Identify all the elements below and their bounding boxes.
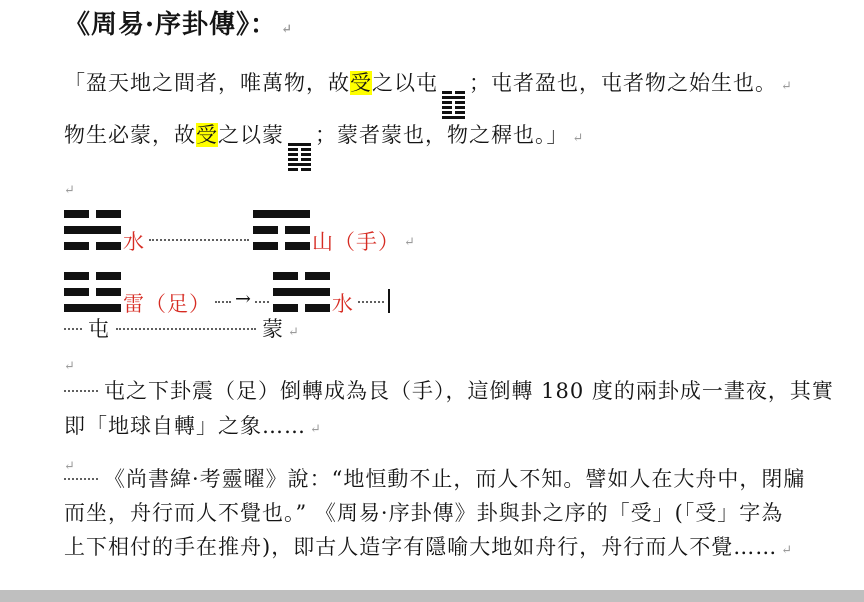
document-page: 《周易·序卦傳》：↵ 「盈天地之間者，唯萬物，故受之以屯；屯者盈也，屯者物之始生…: [0, 0, 864, 602]
kan-trigram: [64, 210, 121, 250]
meng-name: 蒙: [262, 317, 284, 341]
page-title: 《周易·序卦傳》：: [64, 10, 277, 40]
paragraph-mark: ↵: [281, 22, 292, 37]
quote-text: ；屯者盈也，屯者物之始生也。: [469, 71, 777, 95]
highlighted-shou: 受: [196, 123, 218, 147]
dot-leader: [116, 328, 256, 330]
body-text: 上下相付的手在推舟)，即古人造字有隱喻大地如舟行，舟行而人不覺……: [64, 535, 777, 559]
body-text: 屯之下卦震（足）倒轉成為艮（手），這倒轉 180 度的兩卦成一晝夜，其實: [104, 379, 834, 403]
trigram-diagram-row-1: 水 山（手） ↵: [64, 206, 415, 250]
zhen-trigram-label: 雷（足）: [123, 294, 211, 315]
trigram-diagram-row-2: 雷（足） → 水: [64, 268, 390, 312]
paragraph-mark: ↵: [64, 359, 75, 374]
paragraph2-line3: 上下相付的手在推舟)，即古人造字有隱喻大地如舟行，舟行而人不覺……↵: [64, 532, 792, 566]
arrow-right-icon: →: [235, 288, 251, 310]
dot-leader: [149, 239, 249, 241]
quote-text: 之以屯: [372, 71, 438, 95]
paragraph2-line2: 而坐，舟行而人不覺也。” 《周易·序卦傳》卦與卦之序的「受」(「受」字為: [64, 498, 783, 528]
paragraph2-line1: 《尚書緯·考靈曜》說：“地恒動不止，而人不知。譬如人在大舟中，閉牖: [64, 464, 805, 494]
space-dots: [64, 328, 82, 330]
paragraph-mark: ↵: [781, 543, 792, 558]
highlighted-shou: 受: [350, 71, 372, 95]
body-text: 而坐，舟行而人不覺也。” 《周易·序卦傳》卦與卦之序的「受」(「受」字為: [64, 501, 783, 525]
hexagram-name-row: 屯蒙↵: [64, 314, 299, 348]
paragraph-mark: ↵: [404, 235, 415, 250]
body-text: 即「地球自轉」之象……: [64, 414, 306, 438]
text-cursor: [388, 289, 390, 313]
space-dots: [64, 478, 98, 480]
title-line: 《周易·序卦傳》：↵: [64, 8, 292, 47]
quote-line-2: 物生必蒙，故受之以蒙；蒙者蒙也，物之稺也。」↵: [64, 120, 583, 171]
paragraph-mark: ↵: [310, 422, 321, 437]
blank-line: ↵: [64, 172, 75, 206]
quote-text: ；蒙者蒙也，物之稺也。」: [315, 123, 569, 147]
paragraph1-line1: 屯之下卦震（足）倒轉成為艮（手），這倒轉 180 度的兩卦成一晝夜，其實: [64, 376, 834, 406]
paragraph1-line2: 即「地球自轉」之象……↵: [64, 411, 321, 445]
paragraph-mark: ↵: [288, 325, 299, 340]
kan-trigram: [273, 272, 330, 312]
space-dots: [64, 390, 98, 392]
quote-text: 物生必蒙，故: [64, 123, 196, 147]
paragraph-mark: ↵: [64, 183, 75, 198]
gen-trigram-label: 山（手）: [312, 232, 400, 253]
zhun-hexagram-icon: [442, 91, 465, 119]
body-text: 《尚書緯·考靈曜》說：“地恒動不止，而人不知。譬如人在大舟中，閉牖: [104, 467, 805, 491]
quote-text: 之以蒙: [218, 123, 284, 147]
dot-leader: [215, 301, 231, 303]
paragraph-mark: ↵: [781, 79, 792, 94]
kan-trigram-label: 水: [332, 294, 354, 315]
zhen-trigram: [64, 272, 121, 312]
quote-line-1: 「盈天地之間者，唯萬物，故受之以屯；屯者盈也，屯者物之始生也。↵: [64, 68, 792, 119]
quote-text: 「盈天地之間者，唯萬物，故: [64, 71, 350, 95]
zhun-name: 屯: [88, 317, 110, 341]
gen-trigram: [253, 210, 310, 250]
bottom-gray-band: [0, 590, 864, 602]
paragraph-mark: ↵: [573, 131, 584, 146]
kan-trigram-label: 水: [123, 232, 145, 253]
dot-leader: [255, 301, 269, 303]
meng-hexagram-icon: [288, 143, 311, 171]
dot-leader: [358, 301, 384, 303]
